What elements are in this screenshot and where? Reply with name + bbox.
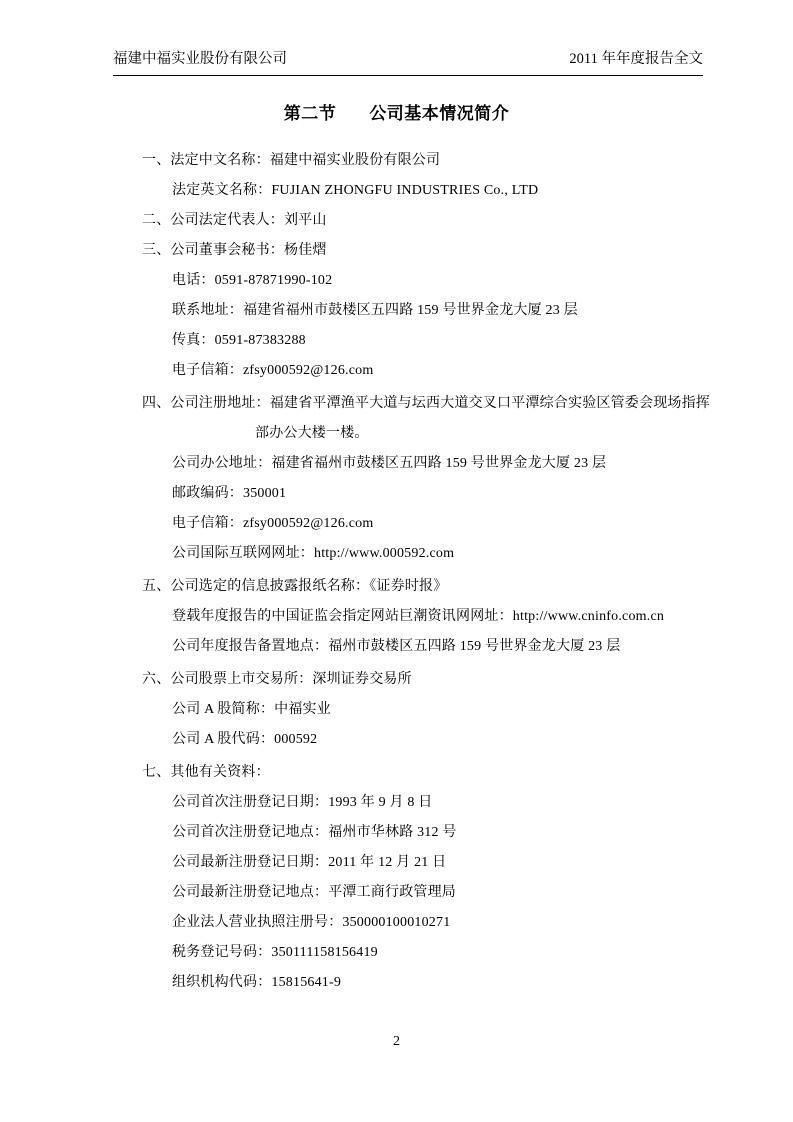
section-title: 第二节公司基本情况简介: [0, 99, 793, 124]
header-company-name: 福建中福实业股份有限公司: [113, 50, 287, 68]
body-line: 电话：0591-87871990-102: [142, 266, 733, 296]
body-line: 一、法定中文名称：福建中福实业股份有限公司: [142, 146, 733, 176]
document-page: 福建中福实业股份有限公司 2011 年年度报告全文 第二节公司基本情况简介 一、…: [0, 0, 793, 1122]
body-line: 邮政编码：350001: [142, 479, 733, 509]
document-body: 一、法定中文名称：福建中福实业股份有限公司 法定英文名称：FUJIAN ZHON…: [142, 146, 733, 998]
section-title-label: 第二节: [284, 104, 337, 123]
page-header: 福建中福实业股份有限公司 2011 年年度报告全文: [113, 50, 703, 76]
body-line: 公司首次注册登记日期：1993 年 9 月 8 日: [142, 788, 733, 818]
body-line: 公司办公地址：福建省福州市鼓楼区五四路 159 号世界金龙大厦 23 层: [142, 449, 733, 479]
body-line: 联系地址：福建省福州市鼓楼区五四路 159 号世界金龙大厦 23 层: [142, 296, 733, 326]
body-line: 五、公司选定的信息披露报纸名称：《证券时报》: [142, 572, 733, 602]
body-line: 六、公司股票上市交易所：深圳证券交易所: [142, 665, 733, 695]
body-line: 七、其他有关资料：: [142, 758, 733, 788]
body-line: 四、公司注册地址：福建省平潭渔平大道与坛西大道交叉口平潭综合实验区管委会现场指挥: [142, 389, 733, 419]
body-line: 组织机构代码：15815641-9: [142, 968, 733, 998]
body-line: 公司 A 股简称：中福实业: [142, 695, 733, 725]
body-line: 电子信箱：zfsy000592@126.com: [142, 356, 733, 386]
body-line: 电子信箱：zfsy000592@126.com: [142, 509, 733, 539]
body-line: 公司最新注册登记地点：平潭工商行政管理局: [142, 878, 733, 908]
body-line: 公司最新注册登记日期：2011 年 12 月 21 日: [142, 848, 733, 878]
body-line: 登载年度报告的中国证监会指定网站巨潮资讯网网址：http://www.cninf…: [142, 602, 733, 632]
body-line: 二、公司法定代表人：刘平山: [142, 206, 733, 236]
body-line: 税务登记号码：350111158156419: [142, 938, 733, 968]
header-report-title: 2011 年年度报告全文: [569, 50, 703, 68]
page-footer: 2: [0, 1032, 793, 1052]
section-title-name: 公司基本情况简介: [369, 104, 509, 123]
body-line: 公司年度报告备置地点：福州市鼓楼区五四路 159 号世界金龙大厦 23 层: [142, 632, 733, 662]
body-line: 公司 A 股代码：000592: [142, 725, 733, 755]
body-line: 公司首次注册登记地点：福州市华林路 312 号: [142, 818, 733, 848]
body-line: 公司国际互联网网址：http://www.000592.com: [142, 539, 733, 569]
body-line: 部办公大楼一楼。: [142, 419, 733, 449]
body-line: 传真：0591-87383288: [142, 326, 733, 356]
body-line: 法定英文名称：FUJIAN ZHONGFU INDUSTRIES Co., LT…: [142, 176, 733, 206]
body-line: 三、公司董事会秘书：杨佳熠: [142, 236, 733, 266]
page-number: 2: [393, 1034, 400, 1049]
body-line: 企业法人营业执照注册号：350000100010271: [142, 908, 733, 938]
